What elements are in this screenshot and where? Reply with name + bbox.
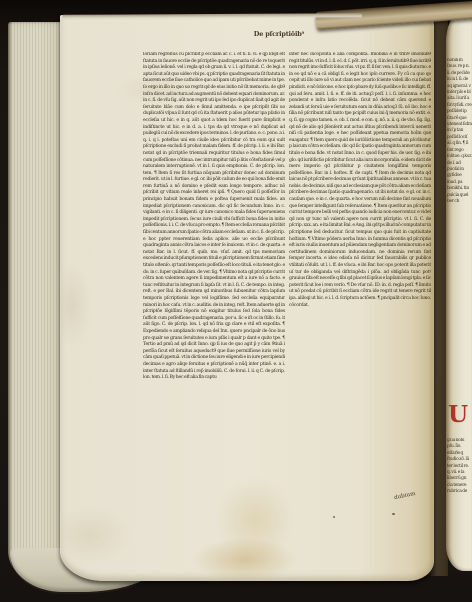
gutter-fold-shadow [428, 14, 448, 576]
text-column-right: inter hec incōpoſita e alia compoſita. I… [289, 52, 431, 499]
facing-page-text-top: nobili m Inuo. re p n. ii. de pe ſide in… [447, 58, 472, 405]
running-header: De pſcriptiōib⁹ [243, 30, 315, 38]
ink-speck [392, 513, 395, 515]
page-stack-fore-edge [8, 22, 64, 584]
facing-page-text-bottom: gl ia nobi pſu. līo. eſſarle q ſtudio zō… [447, 438, 472, 508]
text-column-left: ſoriam regreſſus cū pſcribit p eccliam a… [143, 52, 285, 492]
book-scan-photo: De pſcriptiōib⁹ ſoriam regreſſus cū pſcr… [0, 0, 472, 602]
rubricated-initial: U [448, 403, 468, 426]
ink-speck [333, 516, 335, 518]
